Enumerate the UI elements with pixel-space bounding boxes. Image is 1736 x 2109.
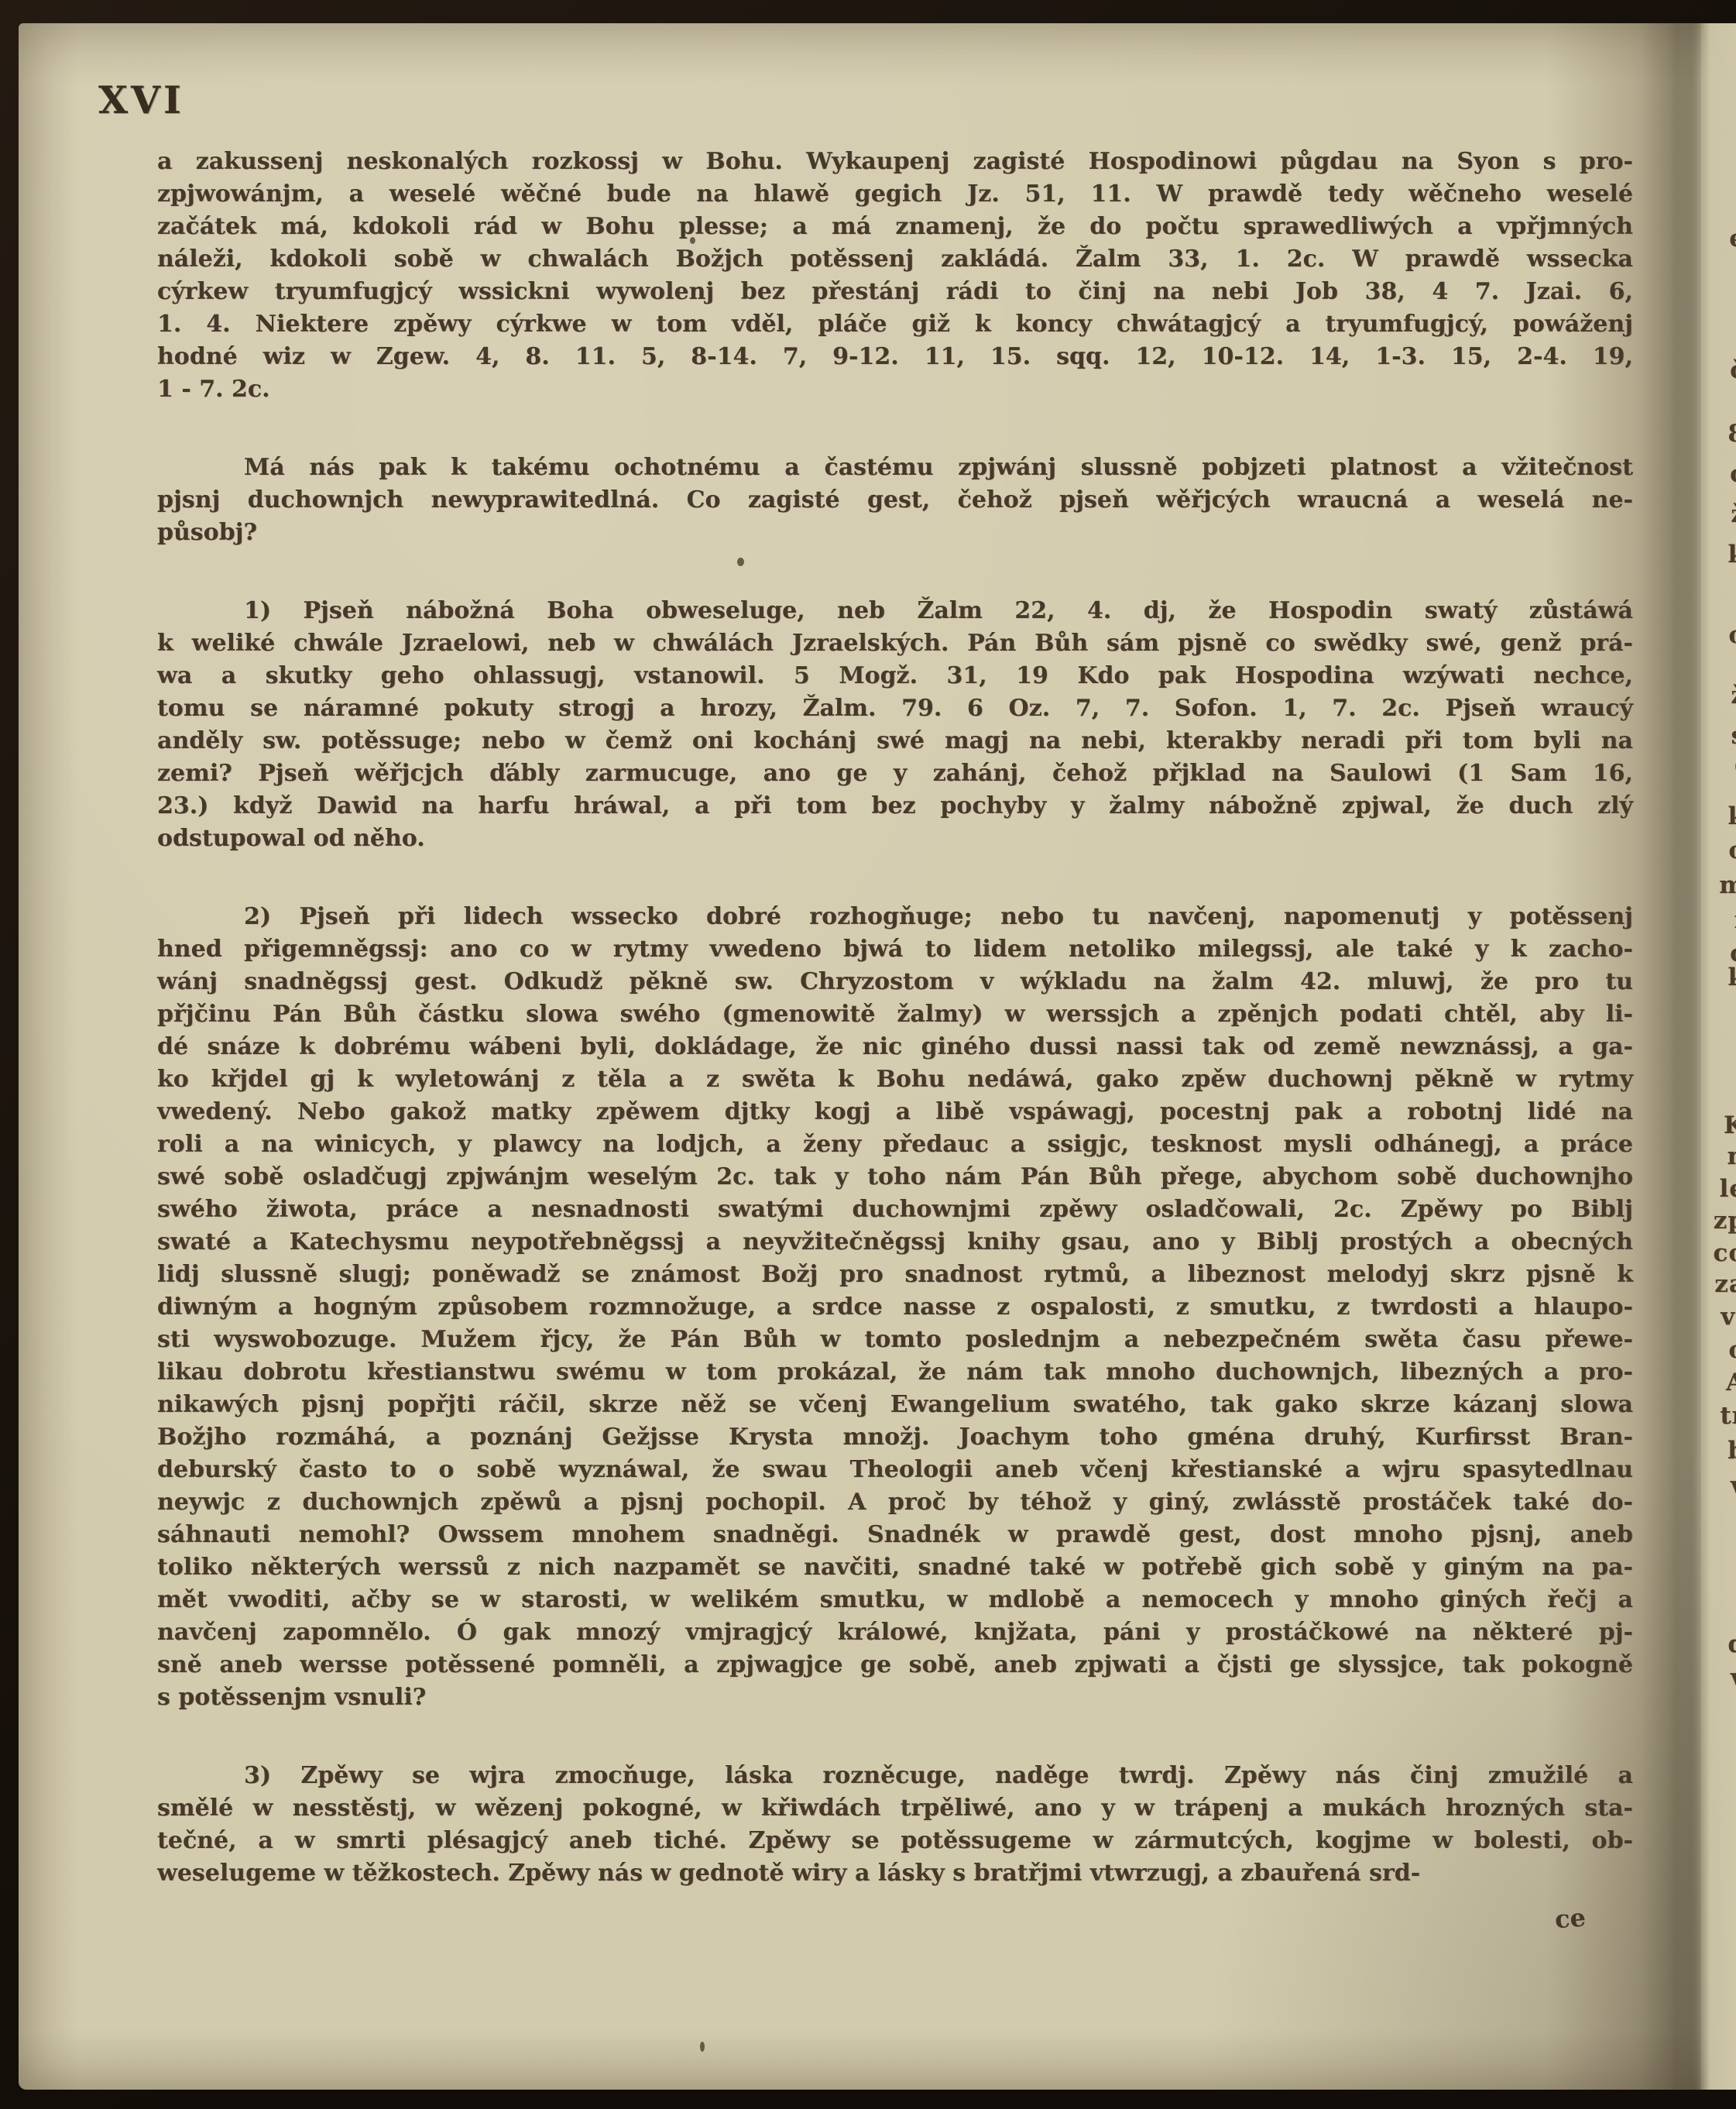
text-line: navčenj zapomnělo. Ó gak mnozý vmjragjcý…	[157, 1616, 1633, 1649]
text-line: swaté a Katechysmu neypotřebněgssj a ney…	[157, 1226, 1633, 1259]
text-line: diwným a hogným způsobem rozmnožuge, a s…	[157, 1291, 1633, 1324]
facing-page-edge: eč8cžklolžs(komfckKnlezpcozavioAtrbvdv	[1699, 23, 1736, 2090]
edge-glyph-fragment: (	[1733, 752, 1736, 780]
edge-glyph-fragment: tr	[1720, 1402, 1736, 1430]
edge-glyph-fragment: co	[1713, 1239, 1736, 1267]
text-line: k weliké chwále Jzraelowi, neb w chwálác…	[157, 627, 1633, 660]
edge-glyph-fragment: ž	[1731, 500, 1736, 528]
text-line: působj?	[157, 517, 1633, 549]
text-line: 2) Pjseň při lidech wssecko dobré rozhog…	[157, 901, 1633, 933]
ink-speck	[690, 237, 695, 244]
text-line: začátek má, kdokoli rád w Bohu plesse; a…	[157, 211, 1633, 243]
text-line: tomu se náramné pokuty strogj a hrozy, Ž…	[157, 692, 1633, 725]
text-line: cýrkew tryumfugjcý wssickni wywolenj bez…	[157, 276, 1633, 308]
edge-glyph-fragment: d	[1727, 1630, 1736, 1658]
paragraph-point-3: 3) Zpěwy se wjra zmocňuge, láska rozněcu…	[157, 1760, 1633, 1890]
text-line: 3) Zpěwy se wjra zmocňuge, láska rozněcu…	[157, 1760, 1633, 1792]
text-line: sti wyswobozuge. Mužem řjcy, že Pán Bůh …	[157, 1324, 1633, 1356]
edge-glyph-fragment: k	[1728, 541, 1736, 568]
text-line: přjčinu Pán Bůh částku slowa swého (gmen…	[157, 998, 1633, 1031]
ink-speck	[700, 2042, 705, 2052]
text-line: 1) Pjseň nábožná Boha obweseluge, neb Ža…	[157, 595, 1633, 627]
paragraph-intro: Má nás pak k takému ochotnému a častému …	[157, 452, 1633, 549]
edge-glyph-fragment: 8	[1727, 420, 1736, 448]
edge-glyph-fragment: A	[1726, 1369, 1736, 1396]
text-line: wa a skutky geho ohlassugj, vstanowil. 5…	[157, 660, 1633, 692]
paper-sheet: XVI a zakussenj neskonalých rozkossj w B…	[19, 23, 1736, 2090]
text-line: ko křjdel gj k wyletowánj z těla a z swě…	[157, 1063, 1633, 1096]
text-line: a zakussenj neskonalých rozkossj w Bohu.…	[157, 146, 1633, 178]
page-gutter-shadow	[1642, 23, 1702, 2090]
paragraph-point-1: 1) Pjseň nábožná Boha obweseluge, neb Ža…	[157, 595, 1633, 855]
text-line: lidj slussně slugj; poněwadž se známost …	[157, 1259, 1633, 1291]
text-line: zpjwowánjm, a weselé wěčné bude na hlawě…	[157, 178, 1633, 211]
edge-glyph-fragment: o	[1728, 836, 1736, 864]
edge-glyph-fragment: v	[1731, 1472, 1736, 1499]
text-line: swého žiwota, práce a nesnadnosti swatým…	[157, 1194, 1633, 1226]
paragraph-continuation: a zakussenj neskonalých rozkossj w Bohu.…	[157, 146, 1633, 406]
text-line: wánj snadněgssj gest. Odkudž pěkně sw. C…	[157, 966, 1633, 998]
text-line: sně aneb wersse potěssené pomněli, a zpj…	[157, 1649, 1633, 1681]
text-line: anděly sw. potěssuge; nebo w čemž oni ko…	[157, 725, 1633, 757]
text-line: tečné, a w smrti plésagjcý aneb tiché. Z…	[157, 1825, 1633, 1857]
text-line: 1 - 7. 2c.	[157, 373, 1633, 406]
scanned-book-page: XVI a zakussenj neskonalých rozkossj w B…	[0, 0, 1736, 2109]
paragraph-point-2: 2) Pjseň při lidech wssecko dobré rozhog…	[157, 901, 1633, 1714]
edge-glyph-fragment: o	[1728, 1336, 1736, 1364]
edge-glyph-fragment: K	[1724, 1111, 1736, 1139]
edge-glyph-fragment: o	[1728, 621, 1736, 649]
text-line: Má nás pak k takému ochotnému a častému …	[157, 452, 1633, 484]
edge-glyph-fragment: m	[1719, 871, 1736, 899]
edge-glyph-fragment: c	[1730, 460, 1736, 488]
text-line: náleži, kdokoli sobě w chwalách Božjch p…	[157, 243, 1633, 276]
text-line: 1. 4. Niektere zpěwy cýrkwe w tom vděl, …	[157, 308, 1633, 341]
text-line: mět vwoditi, ačby se w starosti, w welik…	[157, 1584, 1633, 1616]
text-line: sáhnauti nemohl? Owssem mnohem snadněgi.…	[157, 1519, 1633, 1551]
text-line: deburský často to o sobě wyznáwal, že sw…	[157, 1454, 1633, 1486]
text-line: odstupowal od něho.	[157, 823, 1633, 855]
ink-speck	[737, 558, 744, 566]
text-line: weselugeme w těžkostech. Zpěwy nás w ged…	[157, 1857, 1633, 1890]
text-line: s potěssenjm vsnuli?	[157, 1681, 1633, 1714]
text-column: a zakussenj neskonalých rozkossj w Bohu.…	[157, 146, 1633, 1936]
edge-glyph-fragment: s	[1731, 722, 1736, 750]
catchword: ce	[1554, 1903, 1587, 1935]
edge-glyph-fragment: zp	[1714, 1207, 1736, 1235]
text-line: likau dobrotu křestianstwu swému w tom p…	[157, 1356, 1633, 1389]
text-line: vwedený. Nebo gakož matky zpěwem djtky k…	[157, 1096, 1633, 1128]
edge-glyph-fragment: b	[1727, 1437, 1736, 1465]
text-line: roli a na winicych, y plawcy na lodjch, …	[157, 1128, 1633, 1161]
text-line: 23.) když Dawid na harfu hráwal, a při t…	[157, 790, 1633, 823]
text-line: smělé w nesstěstj, w wězenj pokogné, w k…	[157, 1792, 1633, 1825]
text-line: toliko některých werssů z nich nazpamět …	[157, 1551, 1633, 1584]
text-line: nikawých pjsnj popřjti ráčil, skrze něž …	[157, 1389, 1633, 1421]
edge-glyph-fragment: vi	[1721, 1303, 1736, 1331]
text-line: pjsnj duchownjch newyprawitedlná. Co zag…	[157, 484, 1633, 517]
edge-glyph-fragment: č	[1730, 356, 1736, 384]
edge-glyph-fragment: k	[1728, 802, 1736, 830]
page-number: XVI	[98, 77, 184, 122]
text-line: dé snáze k dobrému wábeni byli, dokládag…	[157, 1031, 1633, 1063]
text-line: swé sobě osladčugj zpjwánjm weselým 2c. …	[157, 1161, 1633, 1194]
text-line: neywjc z duchownjch zpěwů a pjsnj pochop…	[157, 1486, 1633, 1519]
edge-glyph-fragment: e	[1729, 225, 1736, 252]
text-line: hodné wiz w Zgew. 4, 8. 11. 5, 8-14. 7, …	[157, 341, 1633, 373]
text-line: Božjho rozmáhá, a poznánj Gežjsse Krysta…	[157, 1421, 1633, 1454]
edge-glyph-fragment: k	[1728, 963, 1736, 991]
text-line: hned přigemněgssj: ano co w rytmy vweden…	[157, 933, 1633, 966]
edge-glyph-fragment: n	[1727, 1142, 1736, 1170]
edge-glyph-fragment: za	[1714, 1270, 1736, 1298]
edge-glyph-fragment: le	[1720, 1175, 1736, 1203]
edge-glyph-fragment: ž	[1731, 682, 1736, 709]
text-line: zemi? Pjseň wěřjcjch ďábly zarmucuge, an…	[157, 757, 1633, 790]
edge-glyph-fragment: v	[1731, 1664, 1736, 1692]
